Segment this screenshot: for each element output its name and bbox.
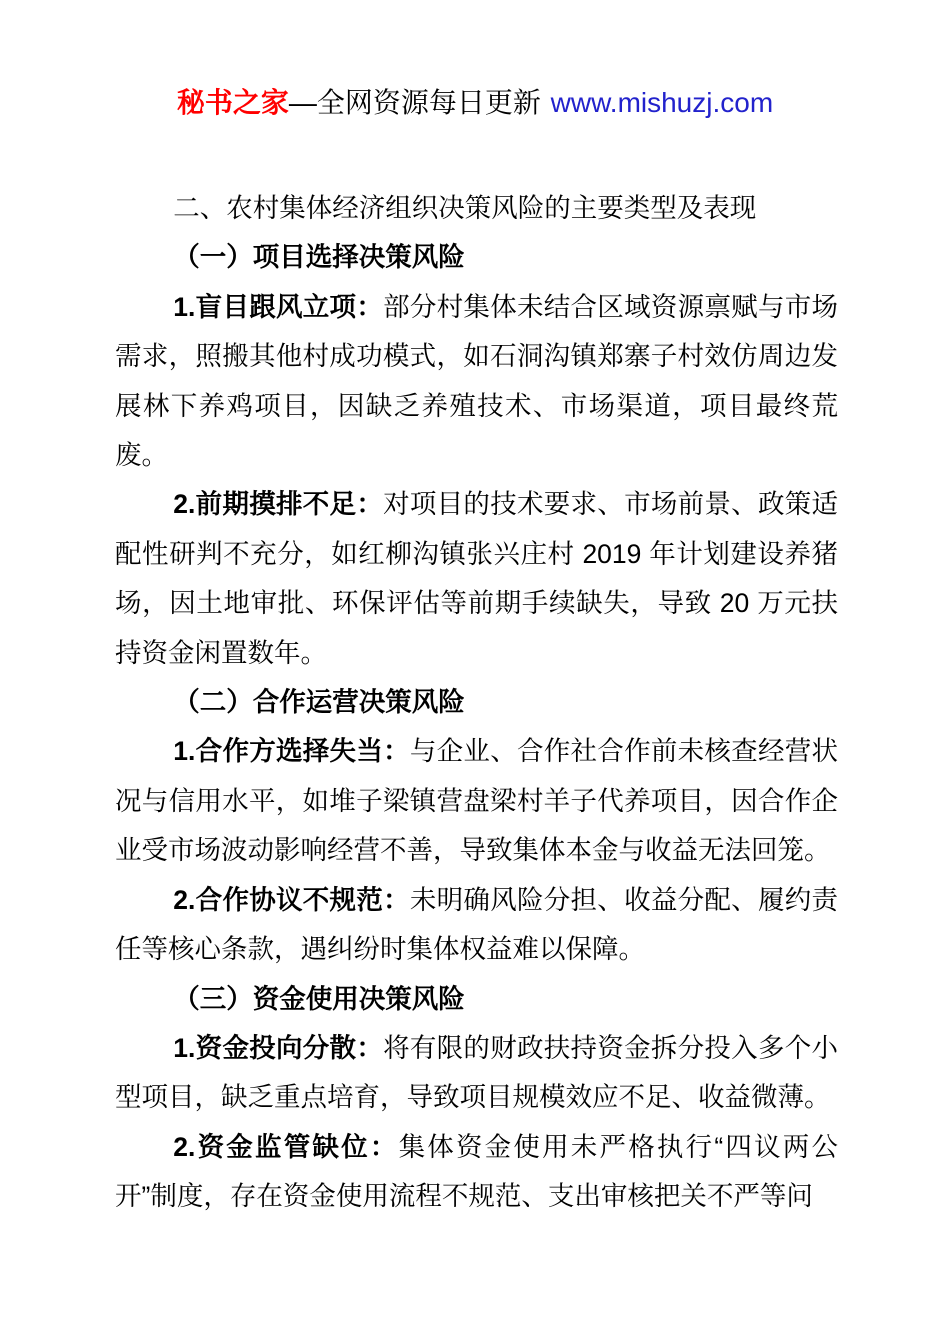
sub-heading-1: （一）项目选择决策风险 [115,233,838,282]
paragraph-lead: 2.前期摸排不足： [173,489,383,519]
site-brand: 秘书之家 [177,87,289,118]
paragraph-lead: 1.合作方选择失当： [173,736,410,766]
site-url-link[interactable]: www.mishuzj.com [551,87,773,118]
header-tagline: 全网资源每日更新 [317,87,541,118]
body-paragraph: 2.合作协议不规范：未明确风险分担、收益分配、履约责任等核心条款，遇纠纷时集体权… [115,876,838,975]
sub-heading-2: （二）合作运营决策风险 [115,678,838,727]
body-paragraph: 2.前期摸排不足：对项目的技术要求、市场前景、政策适配性研判不充分，如红柳沟镇张… [115,480,838,678]
body-paragraph: 2.资金监管缺位：集体资金使用未严格执行“四议两公开”制度，存在资金使用流程不规… [115,1123,838,1222]
section-heading: 二、农村集体经济组织决策风险的主要类型及表现 [115,184,838,233]
body-paragraph: 1.合作方选择失当：与企业、合作社合作前未核查经营状况与信用水平，如堆子梁镇营盘… [115,727,838,875]
document-body: 二、农村集体经济组织决策风险的主要类型及表现 （一）项目选择决策风险 1.盲目跟… [0,184,950,1222]
sub-heading-3: （三）资金使用决策风险 [115,975,838,1024]
paragraph-lead: 1.资金投向分散： [173,1033,383,1063]
paragraph-lead: 2.资金监管缺位： [173,1132,398,1162]
page-header: 秘书之家—全网资源每日更新www.mishuzj.com [0,85,950,121]
body-paragraph: 1.盲目跟风立项：部分村集体未结合区域资源禀赋与市场需求，照搬其他村成功模式，如… [115,283,838,481]
paragraph-lead: 1.盲目跟风立项： [173,292,383,322]
paragraph-lead: 2.合作协议不规范： [173,885,410,915]
header-separator: — [289,87,317,118]
body-paragraph: 1.资金投向分散：将有限的财政扶持资金拆分投入多个小型项目，缺乏重点培育，导致项… [115,1024,838,1123]
document-page: 秘书之家—全网资源每日更新www.mishuzj.com 二、农村集体经济组织决… [0,0,950,1344]
